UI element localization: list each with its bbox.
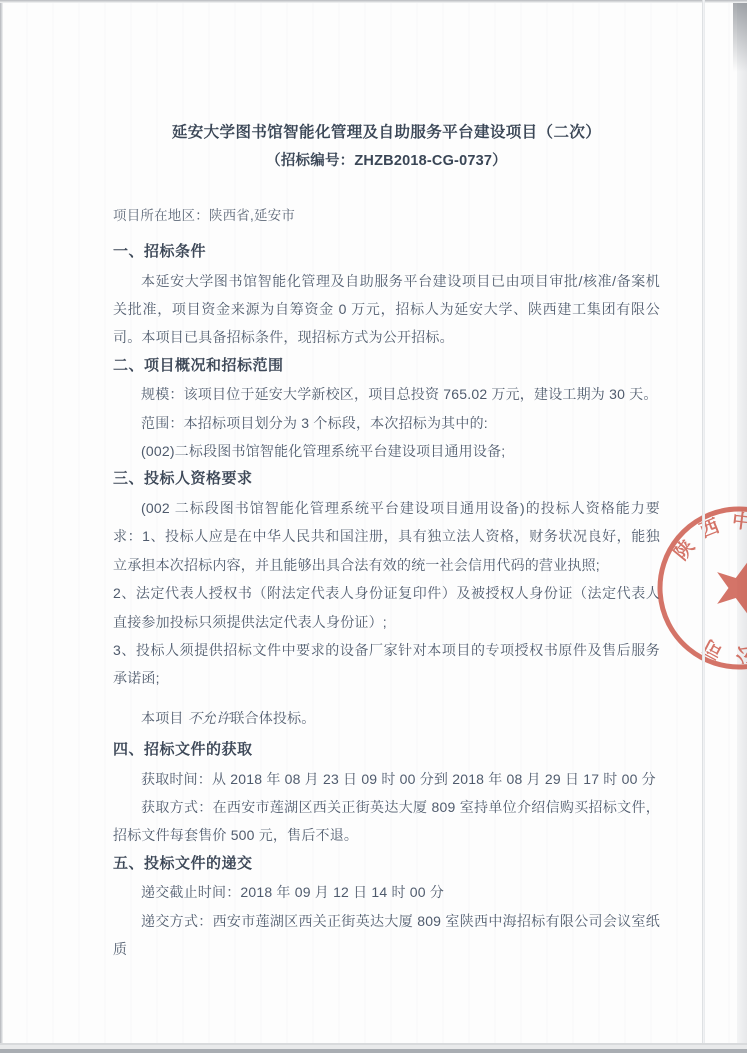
paragraph-qualification-2: 2、法定代表人授权书（附法定代表人身份证复印件）及被授权人身份证（法定代表人直接…	[113, 579, 660, 636]
section-bidder-qualifications: 三、投标人资格要求 (002 二标段图书馆智能化管理系统平台建设项目通用设备)的…	[113, 465, 660, 732]
section-heading-document-acquisition: 四、招标文件的获取	[113, 736, 660, 764]
no-consortium-prefix: 本项目	[141, 710, 188, 726]
paragraph-acquisition-method: 获取方式：在西安市莲湖区西关正街英达大厦 809 室持单位介绍信购买招标文件，招…	[113, 793, 660, 850]
paragraph-lot-002: (002)二标段图书馆智能化管理系统平台建设项目通用设备;	[113, 437, 660, 465]
no-consortium-emphasis: 不允许	[188, 710, 231, 726]
section-heading-tender-conditions: 一、招标条件	[113, 238, 660, 266]
paragraph: 本延安大学图书馆智能化管理及自助服务平台建设项目已由项目审批/核准/备案机关批准…	[113, 267, 660, 352]
no-consortium-note: 本项目 不允许联合体投标。	[113, 704, 660, 732]
scanned-page: 延安大学图书馆智能化管理及自助服务平台建设项目（二次） （招标编号：ZHZB20…	[0, 0, 747, 1053]
scan-bottom-edge	[0, 1043, 747, 1053]
paragraph-scope: 范围：本招标项目划分为 3 个标段，本次招标为其中的:	[113, 409, 660, 437]
project-location: 项目所在地区：陕西省,延安市	[113, 202, 660, 230]
paragraph-qualification-3: 3、投标人须提供招标文件中要求的设备厂家针对本项目的专项授权书原件及售后服务承诺…	[113, 636, 660, 693]
section-project-overview: 二、项目概况和招标范围 规模：该项目位于延安大学新校区，项目总投资 765.02…	[113, 352, 660, 466]
document-content: 延安大学图书馆智能化管理及自助服务平台建设项目（二次） （招标编号：ZHZB20…	[113, 119, 660, 963]
section-document-acquisition: 四、招标文件的获取 获取时间：从 2018 年 08 月 23 日 09 时 0…	[113, 736, 660, 850]
scan-left-edge	[0, 0, 3, 1053]
paragraph-submission-method: 递交方式：西安市莲湖区西关正街英达大厦 809 室陕西中海招标有限公司会议室纸质	[113, 907, 660, 964]
section-heading-bidder-qualifications: 三、投标人资格要求	[113, 465, 660, 493]
paragraph-scale: 规模：该项目位于延安大学新校区，项目总投资 765.02 万元，建设工期为 30…	[113, 380, 660, 408]
red-seal-stamp: 陕西中海招标有限公司	[640, 492, 747, 692]
top-right-corner-shadow	[733, 0, 747, 72]
section-heading-project-overview: 二、项目概况和招标范围	[113, 352, 660, 380]
seal-star-icon	[708, 554, 747, 616]
page-fold-line	[702, 0, 705, 1043]
section-heading-bid-submission: 五、投标文件的递交	[113, 850, 660, 878]
paragraph-qualification-1: (002 二标段图书馆智能化管理系统平台建设项目通用设备)的投标人资格能力要求：…	[113, 494, 660, 579]
project-location-label: 项目所在地区：	[113, 208, 209, 223]
paragraph-submission-deadline: 递交截止时间：2018 年 09 月 12 日 14 时 00 分	[113, 878, 660, 906]
no-consortium-suffix: 联合体投标。	[230, 710, 315, 726]
section-bid-submission: 五、投标文件的递交 递交截止时间：2018 年 09 月 12 日 14 时 0…	[113, 850, 660, 964]
section-tender-conditions: 一、招标条件 本延安大学图书馆智能化管理及自助服务平台建设项目已由项目审批/核准…	[113, 238, 660, 352]
project-location-value: 陕西省,延安市	[209, 208, 295, 223]
paragraph-acquisition-time: 获取时间：从 2018 年 08 月 23 日 09 时 00 分到 2018 …	[113, 765, 660, 793]
document-title: 延安大学图书馆智能化管理及自助服务平台建设项目（二次）	[113, 119, 660, 147]
tender-number: （招标编号：ZHZB2018-CG-0737）	[113, 147, 660, 175]
scan-top-edge	[0, 0, 747, 3]
